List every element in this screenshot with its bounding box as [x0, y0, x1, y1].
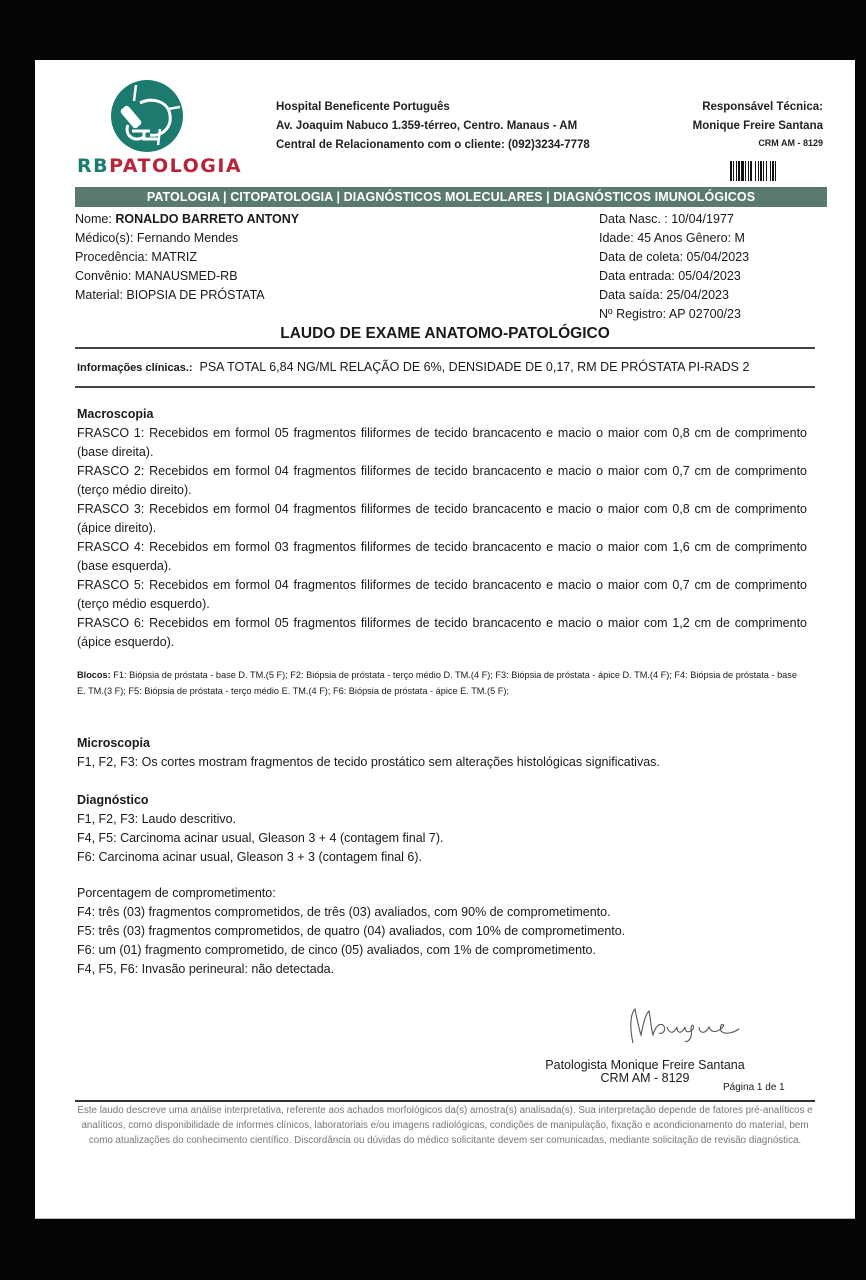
hospital-contact: Central de Relacionamento com o cliente:… [276, 136, 590, 155]
involvement-line: F5: três (03) fragmentos comprometidos, … [77, 922, 807, 941]
frasco-item: FRASCO 4: Recebidos em formol 03 fragmen… [77, 538, 807, 576]
microscopy-title: Microscopia [77, 734, 807, 753]
birth-date: Data Nasc. : 10/04/1977 [599, 210, 749, 229]
clinical-label: Informações clínicas.: [77, 362, 193, 374]
frasco-item: FRASCO 3: Recebidos em formol 04 fragmen… [77, 500, 807, 538]
services-banner: PATOLOGIA | CITOPATOLOGIA | DIAGNÓSTICOS… [75, 187, 827, 207]
signature-icon [595, 1005, 755, 1045]
responsible-info: Responsável Técnica: Monique Freire Sant… [693, 98, 823, 150]
involvement-line: F6: um (01) fragmento comprometido, de c… [77, 941, 807, 960]
material: Material: BIOPSIA DE PRÓSTATA [75, 286, 299, 305]
hospital-address: Av. Joaquim Nabuco 1.359-térreo, Centro.… [276, 117, 590, 136]
frasco-item: FRASCO 6: Recebidos em formol 05 fragmen… [77, 614, 807, 652]
involvement-line: F4: três (03) fragmentos comprometidos, … [77, 903, 807, 922]
entry-date: Data entrada: 05/04/2023 [599, 267, 749, 286]
clinical-text: PSA TOTAL 6,84 NG/ML RELAÇÃO DE 6%, DENS… [200, 360, 750, 374]
frasco-item: FRASCO 5: Recebidos em formol 04 fragmen… [77, 576, 807, 614]
involvement-title: Porcentagem de comprometimento: [77, 884, 807, 903]
microscopy-section: Microscopia F1, F2, F3: Os cortes mostra… [77, 734, 807, 772]
diagnosis-section: Diagnóstico F1, F2, F3: Laudo descritivo… [77, 791, 807, 867]
involvement-line: F4, F5, F6: Invasão perineural: não dete… [77, 960, 807, 979]
microscopy-text: F1, F2, F3: Os cortes mostram fragmentos… [77, 753, 807, 772]
diagnosis-line: F6: Carcinoma acinar usual, Gleason 3 + … [77, 848, 807, 867]
frasco-item: FRASCO 1: Recebidos em formol 05 fragmen… [77, 424, 807, 462]
brand-logo-text: RBPATOLOGIA [77, 155, 242, 177]
frasco-item: FRASCO 2: Recebidos em formol 04 fragmen… [77, 462, 807, 500]
page-number: Página 1 de 1 [723, 1082, 785, 1093]
report-title: LAUDO DE EXAME ANATOMO-PATOLÓGICO [35, 325, 855, 343]
barcode-icon [730, 161, 826, 181]
responsible-crm: CRM AM - 8129 [693, 136, 823, 150]
hospital-name: Hospital Beneficente Português [276, 98, 590, 117]
macroscopy-section: Macroscopia FRASCO 1: Recebidos em formo… [77, 405, 807, 652]
logo-rb: RB [77, 155, 109, 177]
logo-patologia: PATOLOGIA [109, 155, 242, 177]
report-page: RBPATOLOGIA Hospital Beneficente Portugu… [35, 60, 855, 1218]
registry-number: Nº Registro: AP 02700/23 [599, 305, 749, 324]
involvement-section: Porcentagem de comprometimento: F4: três… [77, 884, 807, 979]
clinical-info: Informações clínicas.: PSA TOTAL 6,84 NG… [77, 360, 749, 374]
macroscopy-title: Macroscopia [77, 405, 807, 424]
responsible-label: Responsável Técnica: [693, 98, 823, 117]
divider [75, 347, 815, 349]
patient-name-label: Nome: [75, 212, 112, 226]
doctor: Médico(s): Fernando Mendes [75, 229, 299, 248]
patient-name-row: Nome: RONALDO BARRETO ANTONY [75, 210, 299, 229]
patient-name: RONALDO BARRETO ANTONY [115, 212, 299, 226]
insurance: Convênio: MANAUSMED-RB [75, 267, 299, 286]
blocks-info: Blocos: F1: Biópsia de próstata - base D… [77, 668, 797, 699]
diagnosis-line: F4, F5: Carcinoma acinar usual, Gleason … [77, 829, 807, 848]
blocks-label: Blocos: [77, 670, 111, 680]
divider [75, 386, 815, 388]
origin: Procedência: MATRIZ [75, 248, 299, 267]
hospital-info: Hospital Beneficente Português Av. Joaqu… [276, 98, 590, 155]
disclaimer: Este laudo descreve uma análise interpre… [75, 1103, 815, 1148]
collection-date: Data de coleta: 05/04/2023 [599, 248, 749, 267]
diagnosis-line: F1, F2, F3: Laudo descritivo. [77, 810, 807, 829]
microscope-logo-icon [110, 79, 184, 153]
exit-date: Data saída: 25/04/2023 [599, 286, 749, 305]
age-gender: Idade: 45 Anos Gênero: M [599, 229, 749, 248]
footer-divider [75, 1100, 815, 1102]
blocks-text: F1: Biópsia de próstata - base D. TM.(5 … [77, 670, 797, 696]
responsible-name: Monique Freire Santana [693, 117, 823, 136]
patient-info-right: Data Nasc. : 10/04/1977 Idade: 45 Anos G… [599, 210, 749, 324]
diagnosis-title: Diagnóstico [77, 791, 807, 810]
patient-info-left: Nome: RONALDO BARRETO ANTONY Médico(s): … [75, 210, 299, 305]
